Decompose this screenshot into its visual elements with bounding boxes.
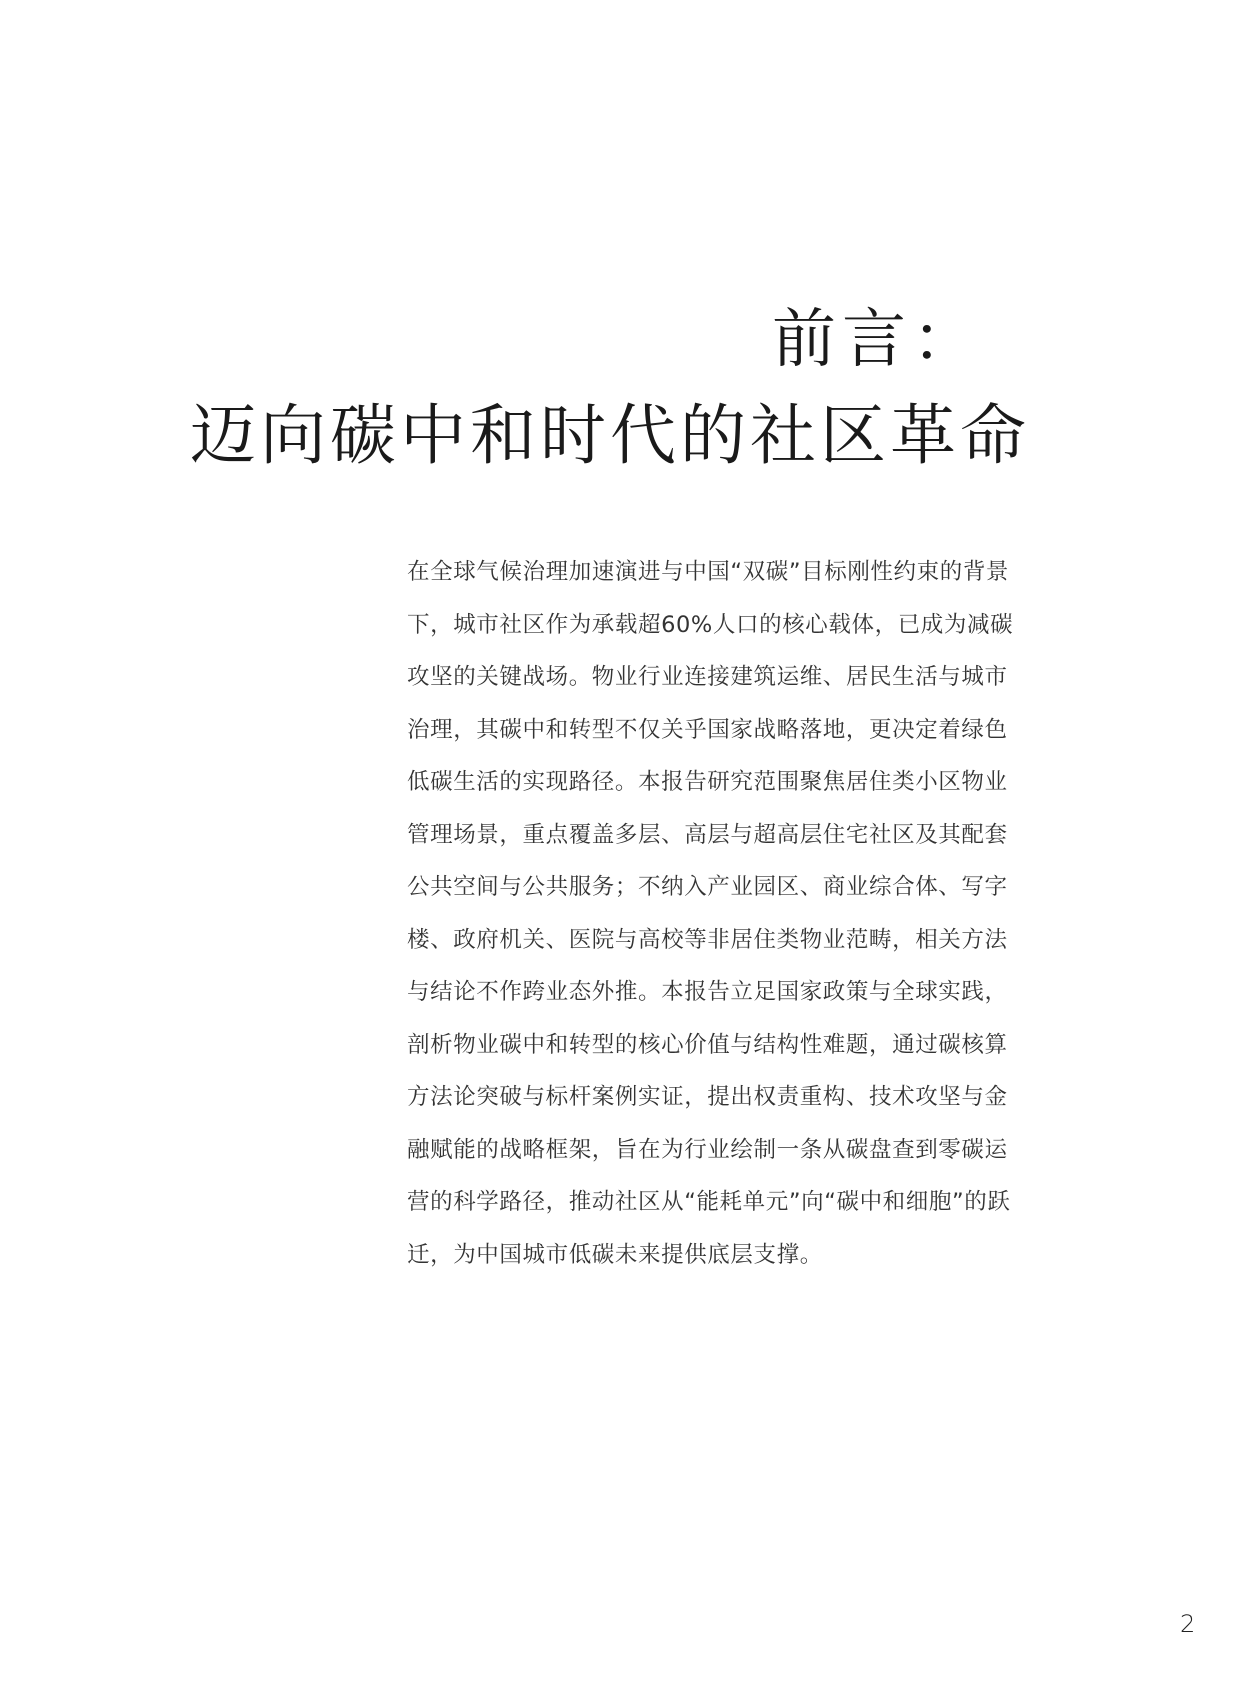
title-main: 迈向碳中和时代的社区革命 — [160, 386, 1030, 486]
paragraph-line: 管理场景，重点覆盖多层、高层与超高层住宅社区及其配套 — [407, 809, 1029, 862]
paragraph-line: 方法论突破与标杆案例实证，提出权责重构、技术攻坚与金 — [407, 1071, 1029, 1124]
paragraph-line: 在全球气候治理加速演进与中国“双碳”目标刚性约束的背景 — [407, 546, 1029, 599]
paragraph-line: 剖析物业碳中和转型的核心价值与结构性难题，通过碳核算 — [407, 1019, 1029, 1072]
preface-paragraph: 在全球气候治理加速演进与中国“双碳”目标刚性约束的背景 下，城市社区作为承载超6… — [407, 546, 1029, 1281]
paragraph-line: 攻坚的关键战场。物业行业连接建筑运维、居民生活与城市 — [407, 651, 1029, 704]
paragraph-line: 低碳生活的实现路径。本报告研究范围聚焦居住类小区物业 — [407, 756, 1029, 809]
paragraph-line: 融赋能的战略框架，旨在为行业绘制一条从碳盘查到零碳运 — [407, 1124, 1029, 1177]
paragraph-line: 营的科学路径，推动社区从“能耗单元”向“碳中和细胞”的跃 — [407, 1176, 1029, 1229]
page-number: 2 — [1180, 1610, 1195, 1638]
paragraph-line: 治理，其碳中和转型不仅关乎国家战略落地，更决定着绿色 — [407, 704, 1029, 757]
paragraph-line: 楼、政府机关、医院与高校等非居住类物业范畴，相关方法 — [407, 914, 1029, 967]
title-preface: 前言： — [160, 300, 1030, 380]
paragraph-line: 公共空间与公共服务；不纳入产业园区、商业综合体、写字 — [407, 861, 1029, 914]
paragraph-line: 与结论不作跨业态外推。本报告立足国家政策与全球实践， — [407, 966, 1029, 1019]
paragraph-line: 迁，为中国城市低碳未来提供底层支撑。 — [407, 1229, 1029, 1282]
paragraph-line: 下，城市社区作为承载超60%人口的核心载体，已成为减碳 — [407, 599, 1029, 652]
page-title: 前言： 迈向碳中和时代的社区革命 — [160, 300, 1030, 486]
